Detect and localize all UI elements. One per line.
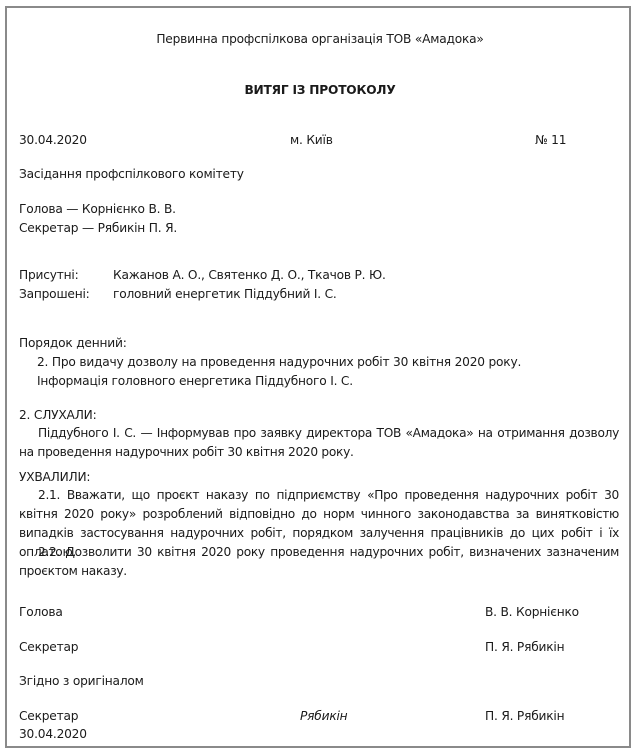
signature-chair-role: Голова	[19, 604, 63, 620]
organization-header: Первинна профспілкова організація ТОВ «А…	[7, 31, 633, 47]
resolved-label: УХВАЛИЛИ:	[19, 469, 90, 485]
agenda-info: Інформація головного енергетика Піддубно…	[37, 373, 353, 389]
protocol-city: м. Київ	[290, 132, 333, 148]
secretary-line: Секретар — Рябикін П. Я.	[19, 220, 177, 236]
heard-text: Піддубного І. С. — Інформував про заявку…	[19, 424, 619, 462]
certification-date: 30.04.2020	[19, 726, 87, 742]
certified-copy-note: Згідно з оригіналом	[19, 673, 144, 689]
certifier-signature: Рябикін	[300, 708, 347, 724]
protocol-number: № 11	[535, 132, 566, 148]
agenda-item: 2. Про видачу дозволу на проведення наду…	[37, 354, 521, 370]
certifier-name: П. Я. Рябикін	[485, 708, 564, 724]
invited-label: Запрошені:	[19, 286, 90, 302]
meeting-type: Засідання профспілкового комітету	[19, 166, 244, 182]
document-title: ВИТЯГ ІЗ ПРОТОКОЛУ	[7, 82, 633, 98]
signature-secretary-role: Секретар	[19, 639, 78, 655]
protocol-date: 30.04.2020	[19, 132, 87, 148]
present-value: Кажанов А. О., Святенко Д. О., Ткачов Р.…	[113, 267, 386, 283]
present-label: Присутні:	[19, 267, 79, 283]
signature-chair-name: В. В. Корнієнко	[485, 604, 579, 620]
certifier-role: Секретар	[19, 708, 78, 724]
agenda-label: Порядок денний:	[19, 335, 127, 351]
signature-secretary-name: П. Я. Рябикін	[485, 639, 564, 655]
document-page: Первинна профспілкова організація ТОВ «А…	[5, 6, 631, 748]
chair-line: Голова — Корнієнко В. В.	[19, 201, 176, 217]
heard-label: 2. СЛУХАЛИ:	[19, 407, 96, 423]
invited-value: головний енергетик Піддубний І. С.	[113, 286, 337, 302]
resolved-item: 2.2. Дозволити 30 квітня 2020 року прове…	[19, 543, 619, 581]
